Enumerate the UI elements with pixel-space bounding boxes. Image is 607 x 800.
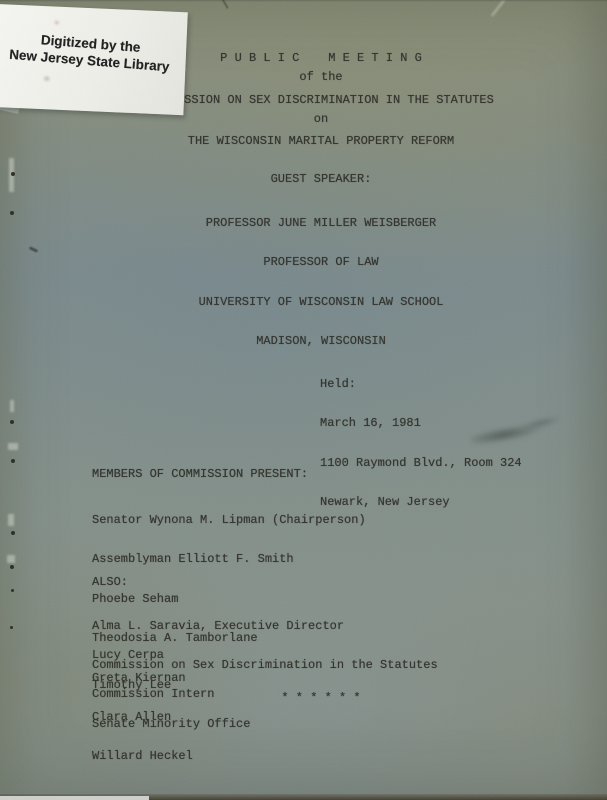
scanner-bed-sliver — [0, 796, 149, 800]
staple-mark — [11, 459, 15, 463]
staple-mark — [10, 211, 14, 215]
staple-mark — [10, 565, 14, 569]
staple-mark — [11, 531, 15, 535]
page-top-edge — [0, 0, 607, 2]
staple-scuff — [7, 555, 15, 563]
staple-mark — [11, 589, 14, 592]
speaker-city: MADISON, WISCONSIN — [35, 335, 607, 348]
staple-mark — [11, 172, 15, 176]
title-on: on — [35, 113, 607, 126]
guest-speaker-heading: GUEST SPEAKER: — [35, 173, 607, 186]
held-date: March 16, 1981 — [320, 417, 522, 430]
also-entry-role: Senate Minority Office — [92, 718, 250, 731]
asterisk-separator: * * * * * * — [35, 692, 607, 705]
staple-scuff — [8, 443, 18, 450]
title-subject-line: THE WISCONSIN MARITAL PROPERTY REFORM — [35, 135, 607, 148]
sticker-speck — [44, 76, 50, 81]
member-name: Senator Wynona M. Lipman (Chairperson) — [92, 514, 366, 527]
guest-speaker-block: PROFESSOR JUNE MILLER WEISBERGER PROFESS… — [35, 191, 607, 374]
members-heading: MEMBERS OF COMMISSION PRESENT: — [92, 468, 308, 481]
speaker-school: UNIVERSITY OF WISCONSIN LAW SCHOOL — [35, 296, 607, 309]
scanned-document-page: P U B L I C M E E T I N G of the COMMISS… — [0, 0, 607, 800]
also-heading: ALSO: — [92, 576, 128, 589]
library-sticker: Digitized by the New Jersey State Librar… — [0, 4, 188, 115]
also-entry: Timothy Lee Senate Minority Office — [92, 653, 250, 758]
staple-mark — [10, 420, 14, 424]
member-name: Assemblyman Elliott F. Smith — [92, 553, 366, 566]
staple-scuff — [10, 400, 14, 412]
sticker-text: Digitized by the New Jersey State Librar… — [0, 1, 189, 77]
staple-scuff — [8, 514, 14, 526]
staple-mark — [10, 626, 13, 629]
speaker-name: PROFESSOR JUNE MILLER WEISBERGER — [35, 217, 607, 230]
held-address: 1100 Raymond Blvd., Room 324 — [320, 457, 522, 470]
speaker-title: PROFESSOR OF LAW — [35, 256, 607, 269]
corner-crease — [491, 0, 505, 16]
also-entry-name: Timothy Lee — [92, 679, 250, 692]
held-label: Held: — [320, 378, 522, 391]
